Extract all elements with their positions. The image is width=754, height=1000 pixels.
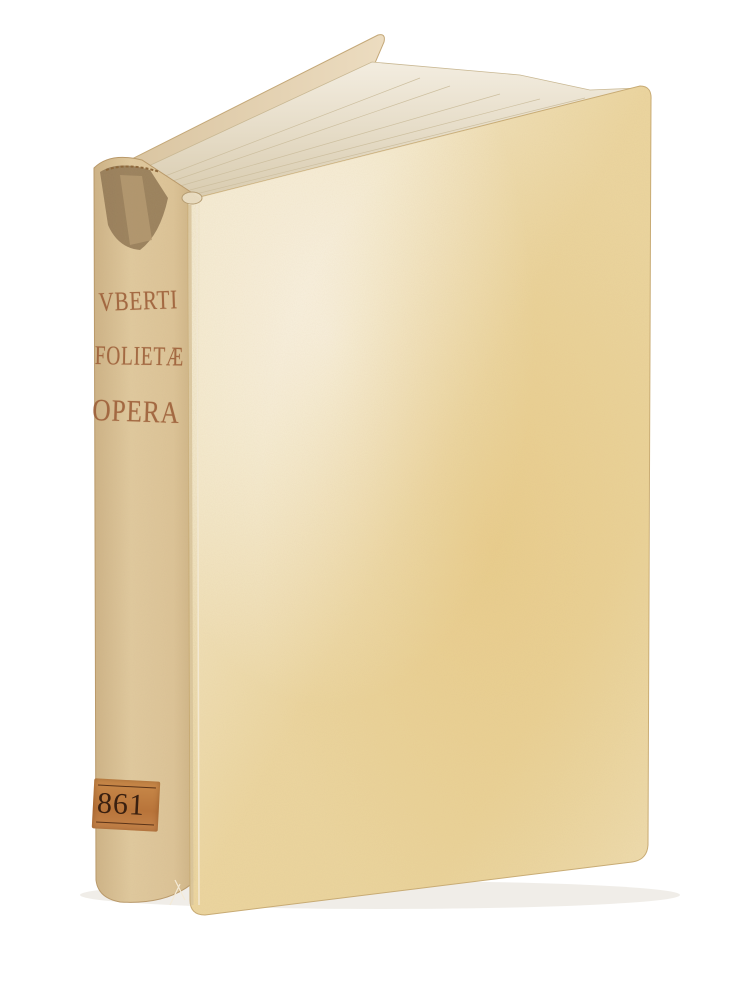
shelf-label-number: 861 [96,787,146,823]
book-photo: VBERTI FOLIETÆ OPERA 861 [0,0,754,1000]
spine-title-line-3: OPERA [92,392,181,431]
book-illustration [0,0,754,1000]
spine-title-line-2: FOLIETÆ [94,340,184,373]
spine-shelf-label: 861 [92,778,161,831]
spine-title-line-1: VBERTI [98,284,178,318]
